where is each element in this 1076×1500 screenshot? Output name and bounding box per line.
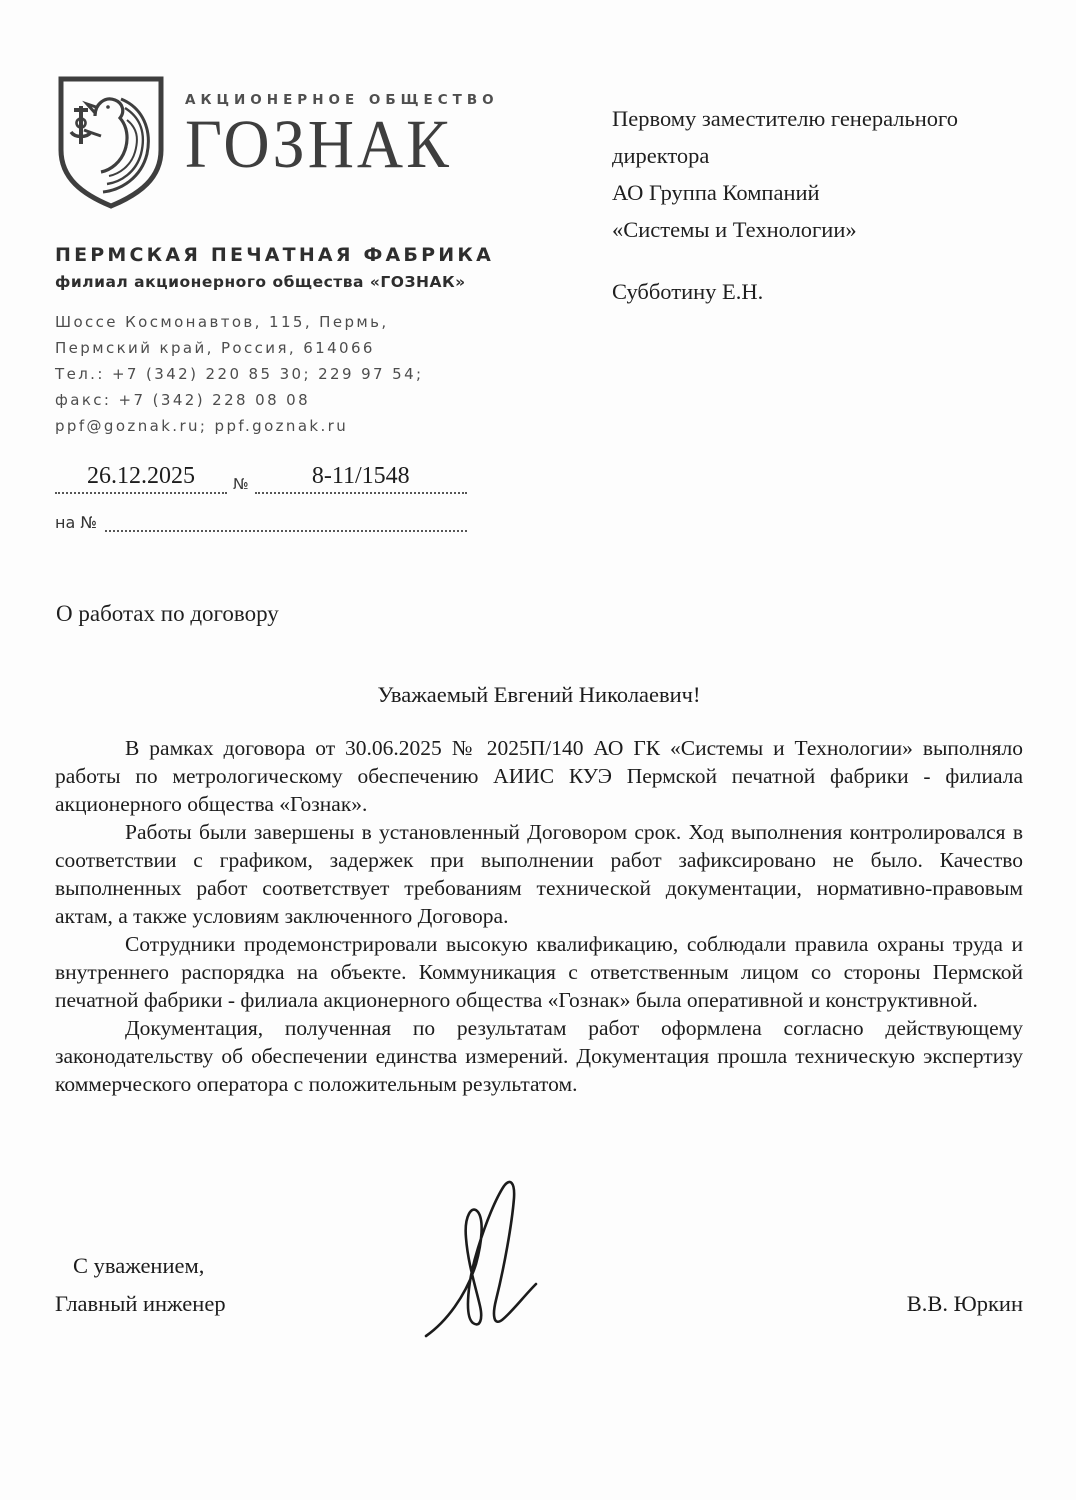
goznak-eagle-shield-icon xyxy=(55,74,167,216)
body-paragraph: Сотрудники продемонстрировали высокую кв… xyxy=(55,930,1023,1014)
reply-number-blank-line xyxy=(105,510,467,532)
letterhead: АКЦИОНЕРНОЕ ОБЩЕСТВО ГОЗНАК ПЕРМСКАЯ ПЕЧ… xyxy=(55,74,467,532)
reply-number-label: на № xyxy=(55,513,97,532)
recipient-line: директора xyxy=(612,137,1042,174)
number-field: 8-11/1548 xyxy=(255,463,467,494)
body-paragraph: В рамках договора от 30.06.2025 № 2025П/… xyxy=(55,734,1023,818)
closing-phrase: С уважением, xyxy=(55,1247,1023,1285)
reply-reference-row: на № xyxy=(55,510,467,532)
date-field: 26.12.2025 xyxy=(55,463,227,494)
letter-body: Уважаемый Евгений Николаевич! В рамках д… xyxy=(55,682,1023,1098)
subject-line: О работах по договору xyxy=(56,601,279,627)
letter-page: АКЦИОНЕРНОЕ ОБЩЕСТВО ГОЗНАК ПЕРМСКАЯ ПЕЧ… xyxy=(0,0,1076,1500)
signer-position: Главный инженер xyxy=(55,1285,226,1323)
branch-subtitle: филиал акционерного общества «ГОЗНАК» xyxy=(55,273,467,291)
recipient-line: Первому заместителю генерального xyxy=(612,100,1042,137)
address-block: Шоссе Космонавтов, 115, Пермь, Пермский … xyxy=(55,309,467,439)
reference-row: 26.12.2025 № 8-11/1548 xyxy=(55,463,467,494)
recipient-name: Субботину Е.Н. xyxy=(612,273,1042,310)
email-line: ppf@goznak.ru; ppf.goznak.ru xyxy=(55,413,467,439)
body-paragraph: Работы были завершены в установленный До… xyxy=(55,818,1023,930)
org-name-wordmark: ГОЗНАК xyxy=(185,110,499,179)
address-line: Пермский край, Россия, 614066 xyxy=(55,335,467,361)
number-sign: № xyxy=(233,475,249,494)
recipient-block: Первому заместителю генерального директо… xyxy=(612,100,1042,310)
fax-line: факс: +7 (342) 228 08 08 xyxy=(55,387,467,413)
letter-number: 8-11/1548 xyxy=(312,463,410,489)
phone-line: Тел.: +7 (342) 220 85 30; 229 97 54; xyxy=(55,361,467,387)
address-line: Шоссе Космонавтов, 115, Пермь, xyxy=(55,309,467,335)
wordmark: АКЦИОНЕРНОЕ ОБЩЕСТВО ГОЗНАК xyxy=(185,74,499,174)
signature-block: С уважением, Главный инженер В.В. Юркин xyxy=(55,1247,1023,1323)
body-paragraph: Документация, полученная по результатам … xyxy=(55,1014,1023,1098)
salutation: Уважаемый Евгений Николаевич! xyxy=(55,682,1023,708)
recipient-line: «Системы и Технологии» xyxy=(612,211,1042,248)
signer-name: В.В. Юркин xyxy=(907,1285,1023,1323)
logo-row: АКЦИОНЕРНОЕ ОБЩЕСТВО ГОЗНАК xyxy=(55,74,467,216)
recipient-line: АО Группа Компаний xyxy=(612,174,1042,211)
branch-title: ПЕРМСКАЯ ПЕЧАТНАЯ ФАБРИКА xyxy=(55,244,467,266)
letter-date: 26.12.2025 xyxy=(87,463,195,489)
